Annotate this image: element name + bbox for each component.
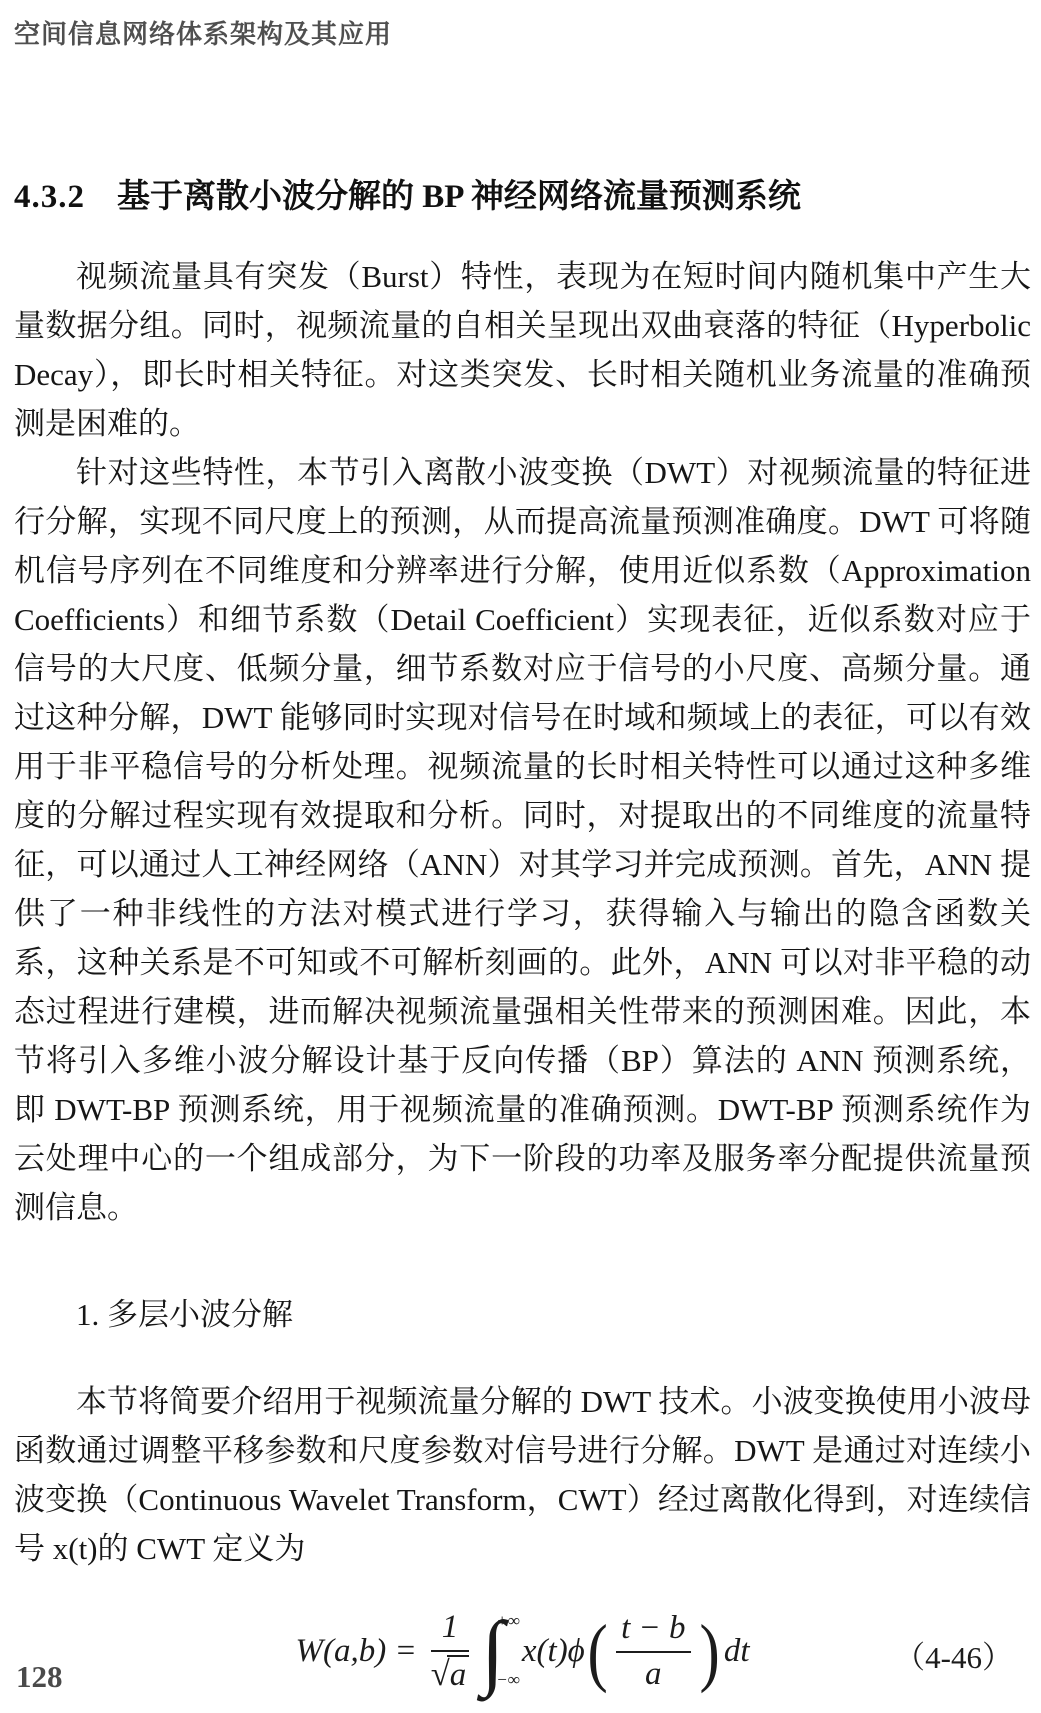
differential: dt xyxy=(724,1627,750,1676)
inner-fraction: t − b a xyxy=(616,1610,690,1694)
paragraph-1: 视频流量具有突发（Burst）特性，表现为在短时间内随机集中产生大量数据分组。同… xyxy=(14,252,1031,448)
inner-denominator: a xyxy=(616,1653,690,1694)
paragraph-2: 针对这些特性，本节引入离散小波变换（DWT）对视频流量的特征进行分解，实现不同尺… xyxy=(14,448,1031,1232)
subsection-heading: 1. 多层小波分解 xyxy=(14,1290,1031,1339)
equation-lhs: W(a,b) = xyxy=(296,1627,417,1676)
equation-body: W(a,b) = 1 √a ∫ +∞ −∞ x(t)ϕ ( xyxy=(296,1607,750,1696)
integral-lower-limit: −∞ xyxy=(496,1671,520,1688)
equation-number: （4-46） xyxy=(894,1633,1013,1682)
coefficient-numerator: 1 xyxy=(431,1609,470,1652)
radicand: a xyxy=(447,1655,470,1693)
page-number: 128 xyxy=(16,1659,63,1695)
section-name: 基于离散小波分解的 BP 神经网络流量预测系统 xyxy=(117,170,801,217)
integral-limits: +∞ −∞ xyxy=(496,1607,520,1696)
running-header: 空间信息网络体系架构及其应用 xyxy=(14,14,392,51)
integral-upper-limit: +∞ xyxy=(496,1612,520,1629)
book-page: 空间信息网络体系架构及其应用 4.3.2 基于离散小波分解的 BP 神经网络流量… xyxy=(0,0,1041,1713)
section-title: 4.3.2 基于离散小波分解的 BP 神经网络流量预测系统 xyxy=(14,170,801,217)
equation-4-46: W(a,b) = 1 √a ∫ +∞ −∞ x(t)ϕ ( xyxy=(14,1599,1031,1713)
integral: ∫ +∞ −∞ xyxy=(481,1607,520,1696)
coefficient-fraction: 1 √a xyxy=(431,1609,470,1695)
right-paren: ) xyxy=(699,1622,719,1682)
paragraph-3: 本节将简要介绍用于视频流量分解的 DWT 技术。小波变换使用小波母函数通过调整平… xyxy=(14,1377,1031,1573)
left-paren: ( xyxy=(587,1622,607,1682)
coefficient-denominator: √a xyxy=(431,1652,470,1695)
body-text: 视频流量具有突发（Burst）特性，表现为在短时间内随机集中产生大量数据分组。同… xyxy=(14,252,1031,1713)
integrand: x(t)ϕ xyxy=(522,1627,585,1676)
inner-numerator: t − b xyxy=(616,1610,690,1653)
section-number: 4.3.2 xyxy=(14,179,85,216)
